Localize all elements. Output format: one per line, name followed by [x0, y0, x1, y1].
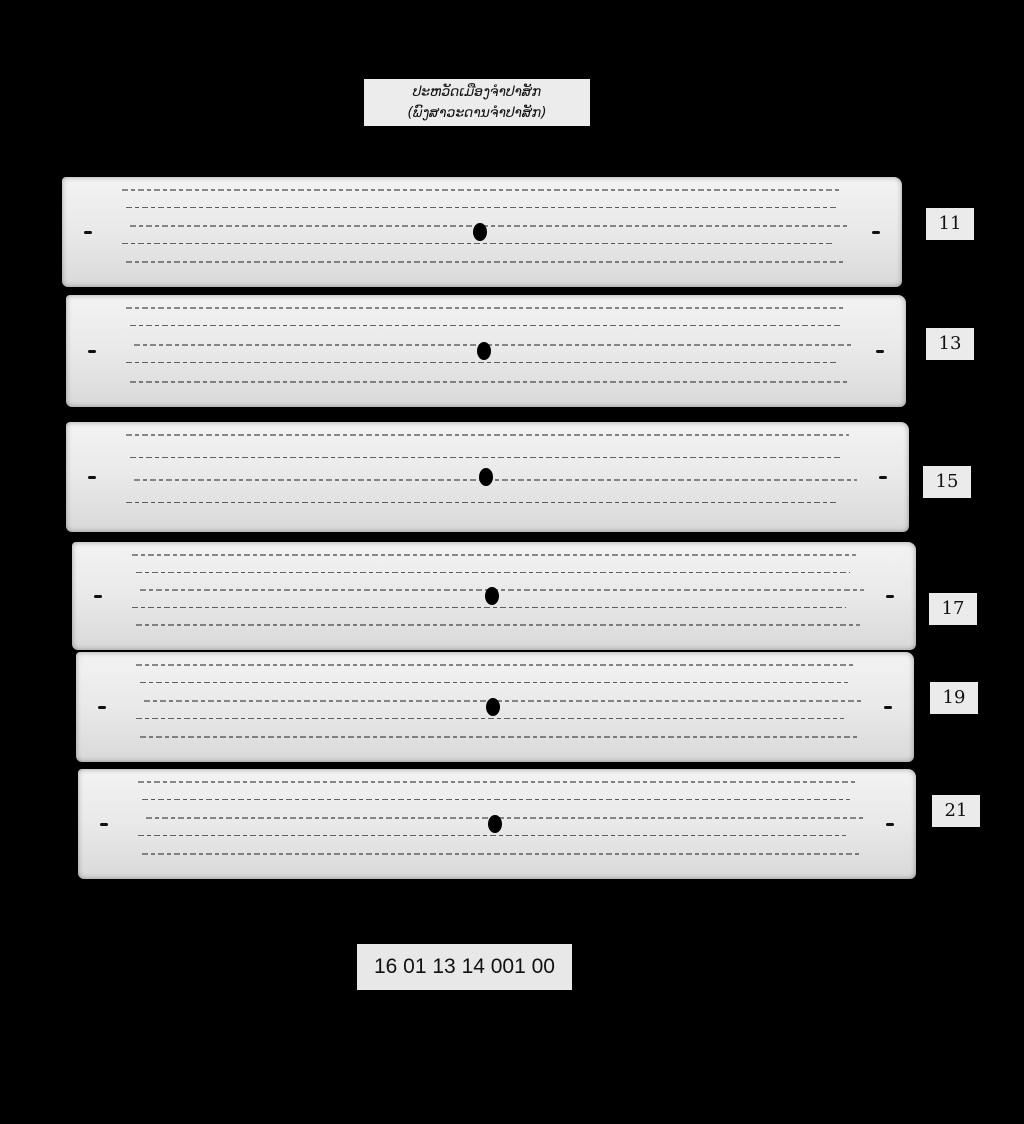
margin-mark-right — [886, 595, 894, 598]
page-number-label: 19 — [930, 682, 978, 714]
palm-leaf-page-21 — [78, 769, 916, 879]
palm-leaf-page-19 — [76, 652, 914, 762]
script-line — [126, 307, 846, 309]
binding-hole — [473, 223, 487, 241]
script-line — [146, 817, 864, 819]
page-number-label: 21 — [932, 795, 980, 827]
script-line — [130, 325, 840, 326]
margin-mark-right — [876, 350, 884, 353]
binding-hole — [485, 587, 499, 605]
palm-leaf-page-17 — [72, 542, 916, 650]
script-line — [126, 434, 849, 436]
script-line — [122, 189, 842, 191]
script-line — [122, 243, 832, 244]
margin-mark-left — [94, 595, 102, 598]
script-line — [136, 664, 854, 666]
palm-leaf-page-11 — [62, 177, 902, 287]
script-line — [140, 589, 864, 591]
script-line — [140, 736, 858, 738]
script-line — [130, 381, 850, 383]
page-number-label: 13 — [926, 328, 974, 360]
margin-mark-left — [100, 823, 108, 826]
manuscript-title-label: ປະຫວັດເມືອງຈຳປາສັກ (ພົງສາວະດານຈຳປາສັກ) — [364, 79, 590, 126]
palm-leaf-page-15 — [66, 422, 909, 532]
margin-mark-left — [88, 476, 96, 479]
palm-leaf-page-13 — [66, 295, 906, 407]
script-line — [142, 799, 850, 800]
script-line — [130, 225, 850, 227]
script-line — [132, 554, 856, 556]
margin-mark-right — [879, 476, 887, 479]
script-line — [136, 624, 860, 626]
script-line — [126, 207, 836, 208]
title-line-2: (ພົງສາວະດານຈຳປາສັກ) — [364, 103, 590, 124]
script-line — [126, 502, 839, 503]
title-line-1: ປະຫວັດເມືອງຈຳປາສັກ — [364, 82, 590, 103]
script-line — [134, 479, 857, 481]
binding-hole — [488, 815, 502, 833]
binding-hole — [479, 468, 493, 486]
binding-hole — [477, 342, 491, 360]
script-line — [138, 781, 856, 783]
script-line — [132, 607, 846, 608]
script-line — [130, 457, 843, 458]
page-number-label: 11 — [926, 208, 974, 240]
script-line — [142, 853, 860, 855]
script-line — [134, 344, 854, 346]
margin-mark-right — [872, 231, 880, 234]
catalog-identifier-label: 16 01 13 14 001 00 — [357, 944, 572, 990]
script-line — [144, 700, 862, 702]
binding-hole — [486, 698, 500, 716]
script-line — [136, 718, 844, 719]
page-number-label: 15 — [923, 466, 971, 498]
script-line — [138, 835, 846, 836]
page-number-label: 17 — [929, 593, 977, 625]
margin-mark-right — [884, 706, 892, 709]
margin-mark-right — [886, 823, 894, 826]
margin-mark-left — [98, 706, 106, 709]
margin-mark-left — [88, 350, 96, 353]
script-line — [126, 362, 836, 363]
script-line — [140, 682, 848, 683]
script-line — [126, 261, 846, 263]
margin-mark-left — [84, 231, 92, 234]
script-line — [136, 572, 850, 573]
